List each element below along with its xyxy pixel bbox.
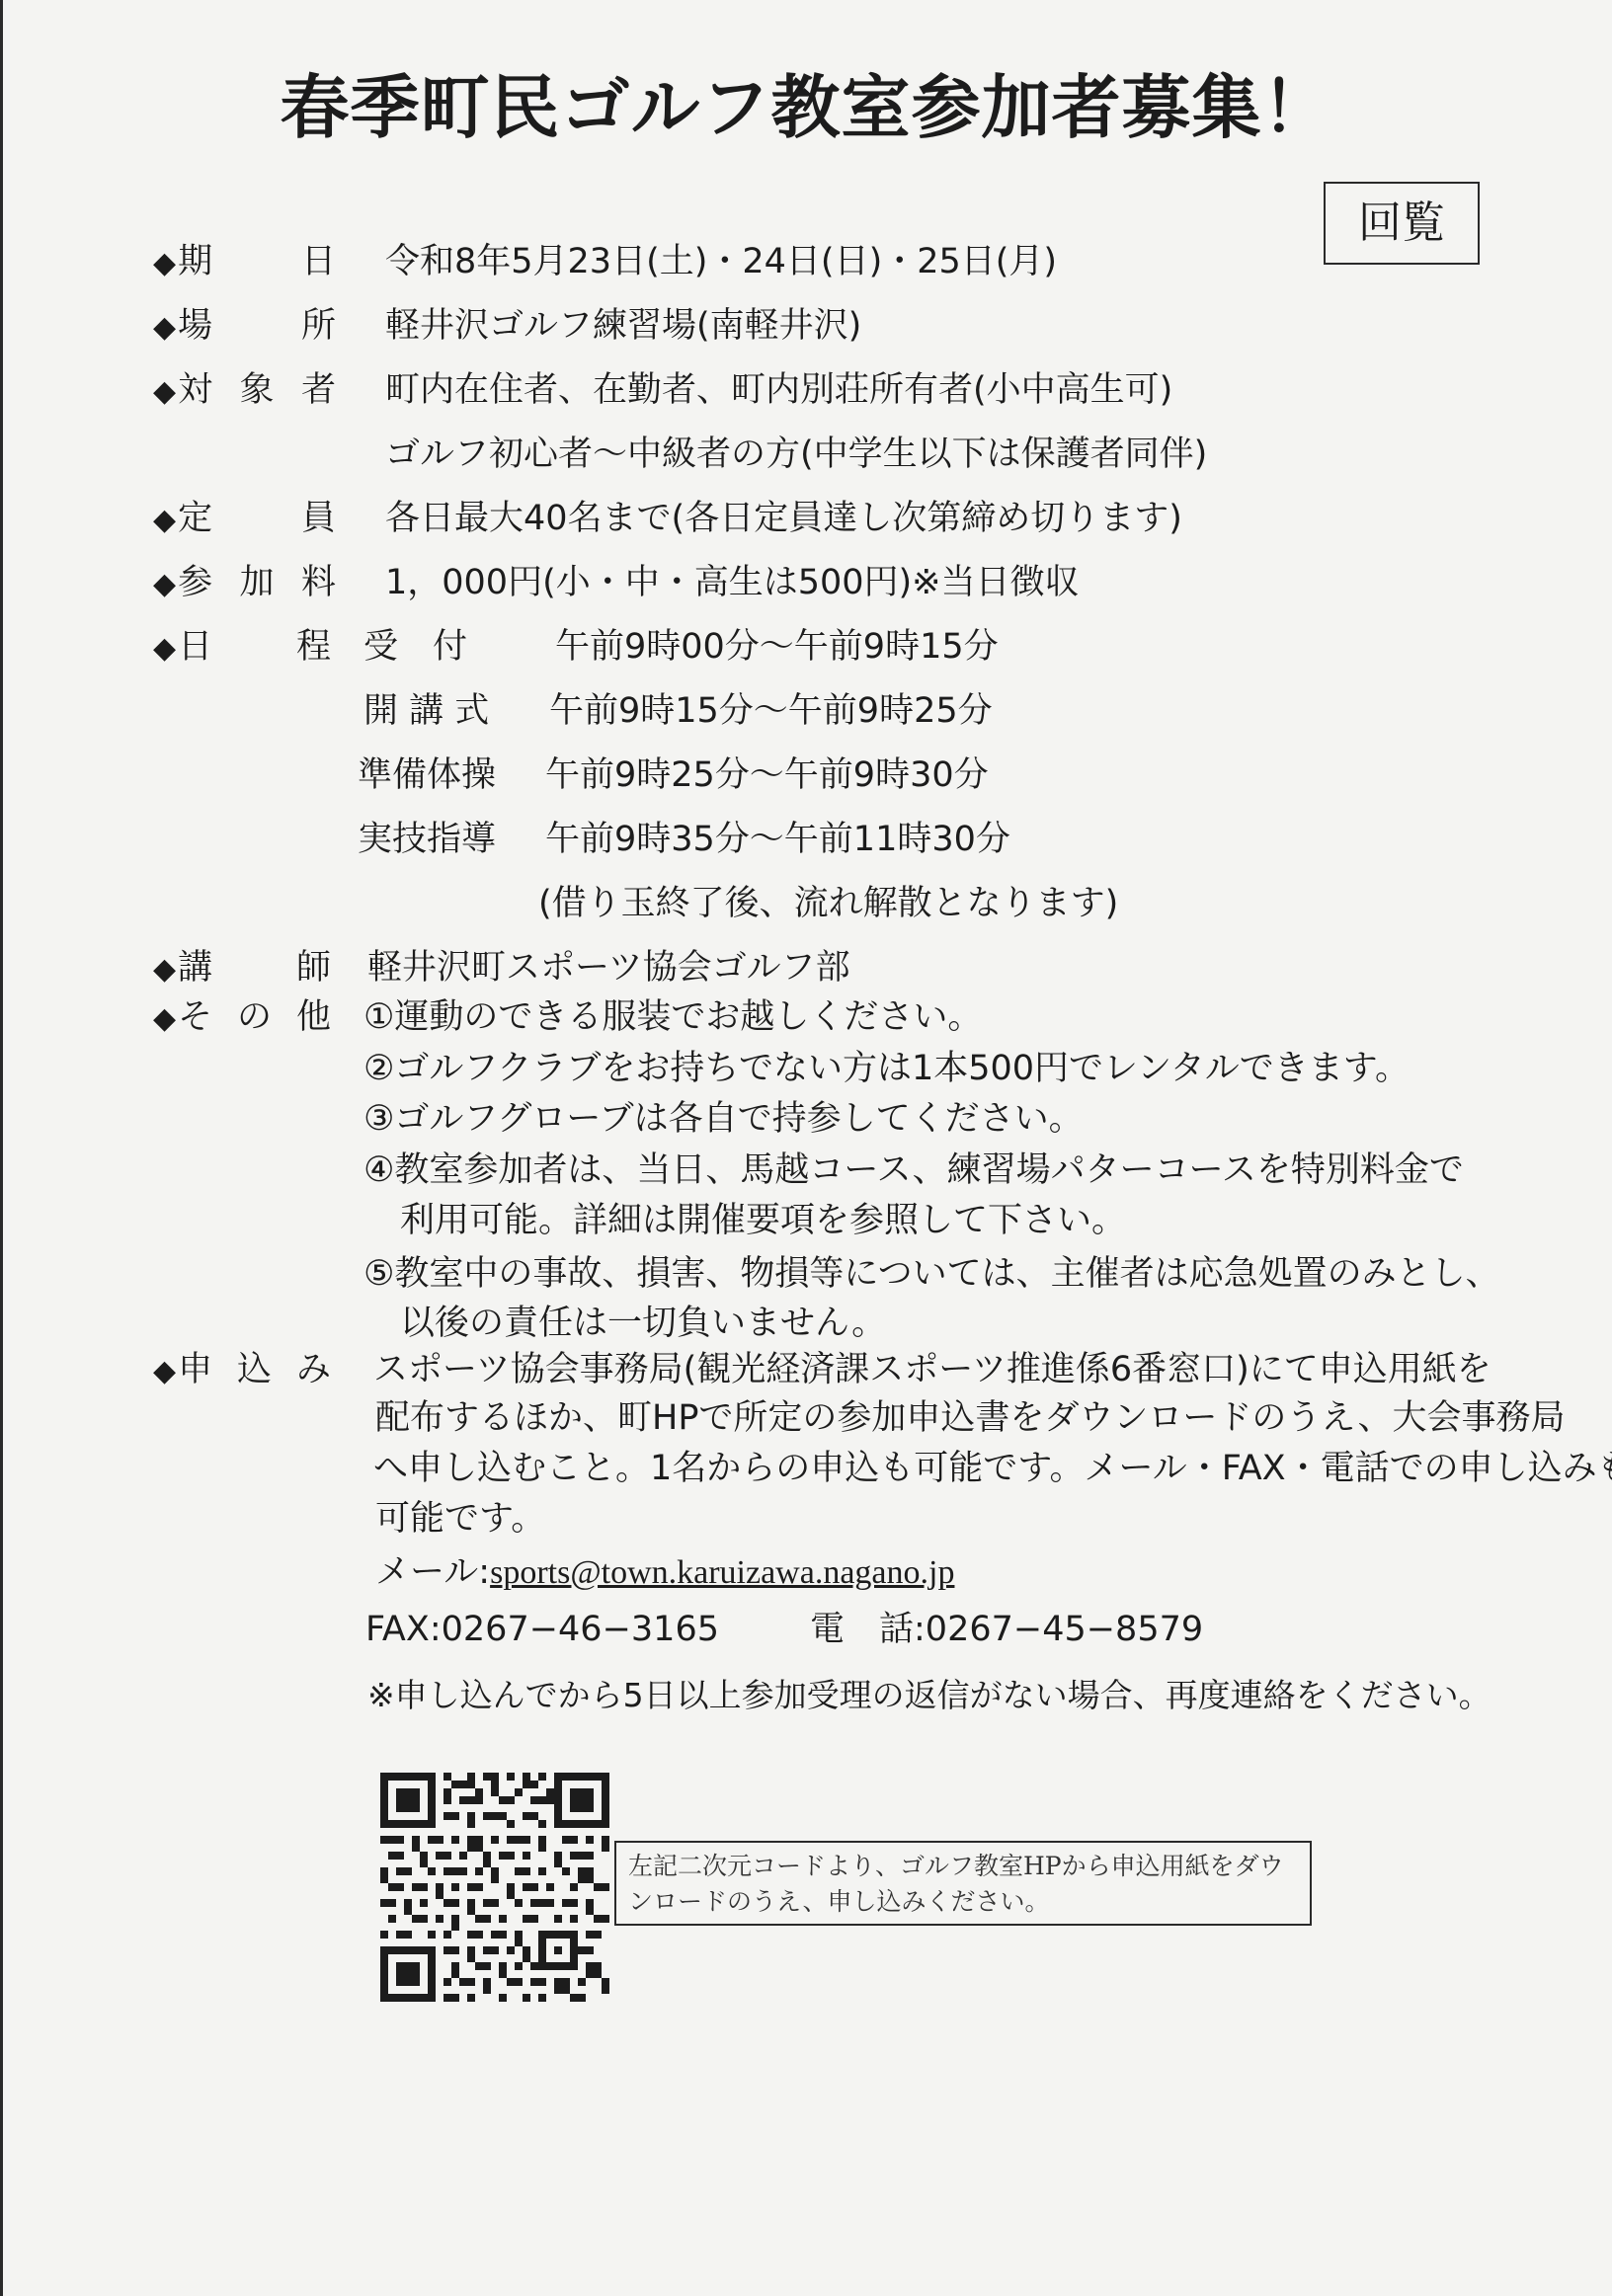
diamond-bullet-icon: ◆ [153, 952, 176, 987]
diamond-bullet-icon: ◆ [153, 503, 176, 537]
value-date: 令和8年5月23日(土)・24日(日)・25日(月) [385, 245, 1057, 279]
label-application: ◆申 込 み [153, 1353, 331, 1387]
value-eligibility-line-2: ゴルフ初心者～中級者の方(中学生以下は保護者同伴) [385, 437, 1207, 472]
schedule-item-time-warmup: 午前9時25分～午前9時30分 [545, 758, 989, 793]
email-row: メール:sports@town.karuizawa.nagano.jp [375, 1555, 954, 1590]
schedule-item-time-reception: 午前9時00分～午前9時15分 [555, 630, 999, 665]
other-item-2: ②ゴルフクラブをお持ちでない方は1本500円でレンタルできます。 [363, 1052, 1410, 1086]
diamond-bullet-icon: ◆ [153, 374, 176, 409]
phone-label: 電 話: [810, 1610, 926, 1649]
value-capacity: 各日最大40名まで(各日定員達し次第締め切ります) [385, 502, 1182, 536]
email-label: メール: [375, 1552, 490, 1592]
schedule-item-label-reception: 受 付 [363, 630, 467, 665]
scan-edge [0, 0, 3, 2296]
fax-number: 0267−46−3165 [442, 1610, 719, 1649]
phone-number: 0267−45−8579 [926, 1610, 1203, 1649]
qr-instruction-note: 左記二次元コードより、ゴルフ教室HPから申込用紙をダウンロードのうえ、申し込みく… [614, 1841, 1312, 1926]
schedule-item-label-warmup: 準備体操 [358, 758, 496, 793]
application-notice: ※申し込んでから5日以上参加受理の返信がない場合、再度連絡をください。 [367, 1679, 1491, 1711]
label-date: ◆期 日 [153, 245, 336, 279]
value-eligibility-line-1: 町内在住者、在勤者、町内別荘所有者(小中高生可) [385, 373, 1172, 408]
label-capacity: ◆定 員 [153, 502, 336, 536]
schedule-item-label-practice: 実技指導 [358, 823, 496, 857]
schedule-note: (借り玉終了後、流れ解散となります) [538, 887, 1118, 921]
value-instructor: 軽井沢町スポーツ協会ゴルフ部 [367, 951, 850, 986]
other-item-5: ⑤教室中の事故、損害、物損等については、主催者は応急処置のみとし、 [363, 1257, 1500, 1292]
diamond-bullet-icon: ◆ [153, 310, 176, 345]
diamond-bullet-icon: ◆ [153, 567, 176, 601]
other-item-3: ③ゴルフグローブは各自で持参してください。 [363, 1102, 1084, 1137]
label-fee: ◆参 加 料 [153, 566, 336, 600]
fax-row: FAX:0267−46−3165 [365, 1613, 719, 1647]
diamond-bullet-icon: ◆ [153, 1001, 176, 1036]
diamond-bullet-icon: ◆ [153, 246, 176, 280]
schedule-item-label-opening: 開 講 式 [363, 694, 489, 729]
value-fee: 1，000円(小・中・高生は500円)※当日徴収 [385, 566, 1080, 600]
page-title: 春季町民ゴルフ教室参加者募集！ [0, 73, 1612, 142]
label-schedule: ◆日 程 [153, 630, 212, 665]
email-link[interactable]: sports@town.karuizawa.nagano.jp [490, 1554, 954, 1591]
application-line-2: 配布するほか、町HPで所定の参加申込書をダウンロードのうえ、大会事務局 [375, 1401, 1566, 1436]
other-item-4-cont: 利用可能。詳細は開催要項を参照して下さい。 [400, 1204, 1126, 1238]
other-item-5-cont: 以後の責任は一切負いません。 [400, 1306, 886, 1341]
other-item-1: ①運動のできる服装でお越しください。 [363, 1000, 982, 1035]
application-line-3: へ申し込むこと。1名からの申込も可能です。メール・FAX・電話での申し込みも [373, 1452, 1612, 1486]
circulate-stamp: 回覧 [1324, 182, 1480, 265]
qr-code[interactable] [380, 1773, 609, 2002]
value-place: 軽井沢ゴルフ練習場(南軽井沢) [385, 309, 861, 344]
fax-label: FAX: [365, 1610, 442, 1649]
label-eligibility: ◆対 象 者 [153, 373, 336, 408]
application-line-1: スポーツ協会事務局(観光経済課スポーツ推進係6番窓口)にて申込用紙を [373, 1353, 1491, 1387]
diamond-bullet-icon: ◆ [153, 631, 176, 666]
label-place: ◆場 所 [153, 309, 336, 344]
label-instructor: ◆講 師 [153, 951, 331, 986]
application-line-4: 可能です。 [375, 1502, 545, 1537]
schedule-item-time-practice: 午前9時35分～午前11時30分 [545, 823, 1010, 857]
circulate-stamp-text: 回覧 [1358, 201, 1445, 245]
label-other: ◆そ の 他 [153, 1000, 331, 1035]
schedule-item-time-opening: 午前9時15分～午前9時25分 [549, 694, 993, 729]
other-item-4: ④教室参加者は、当日、馬越コース、練習場パターコースを特別料金で [363, 1153, 1464, 1188]
diamond-bullet-icon: ◆ [153, 1354, 176, 1388]
phone-row: 電 話:0267−45−8579 [810, 1613, 1203, 1647]
